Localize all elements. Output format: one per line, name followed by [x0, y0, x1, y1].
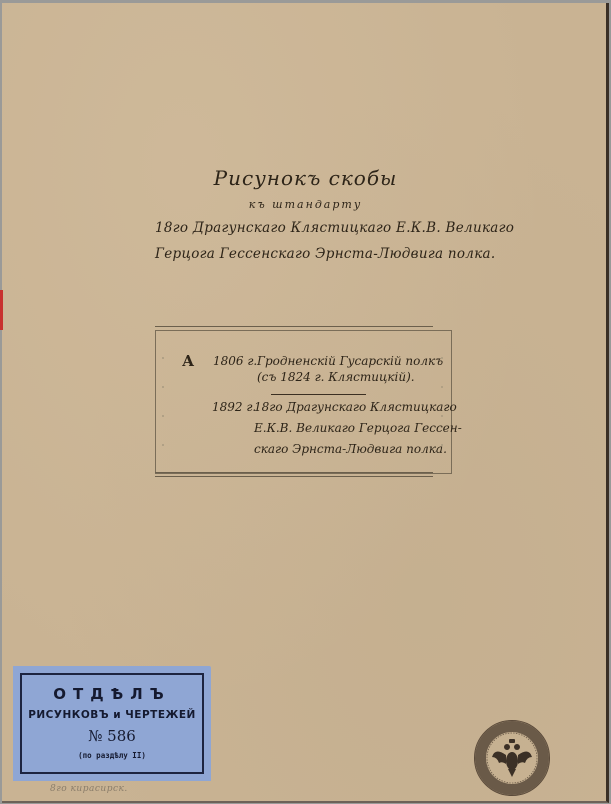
entry2-line2: Е.К.В. Великаго Герцога Гессен- — [254, 421, 462, 435]
handwritten-note: 8го кирасирск. — [50, 784, 128, 794]
frame-bottom-rule — [155, 472, 433, 477]
archive-label-title: ОТДѢЛЪ — [22, 685, 202, 703]
entry1-line2: (съ 1824 г. Клястицкій). — [257, 370, 415, 384]
archive-label-border: ОТДѢЛЪ РИСУНКОВЪ и ЧЕРТЕЖЕЙ № 586 (по ра… — [20, 673, 204, 774]
heading-line-1: 18го Драгунскаго Клястицкаго Е.К.В. Вели… — [155, 220, 514, 236]
double-headed-eagle-icon — [475, 721, 549, 795]
entry2-line1: 18го Драгунскаго Клястицкаго — [254, 400, 457, 414]
entry1-year: 1806 г. — [213, 354, 257, 368]
document-title: Рисунокъ скобы — [0, 166, 611, 190]
archive-label-section: (по раздѣлу II) — [22, 751, 202, 760]
inscription-divider — [271, 394, 366, 395]
entry1-line1: Гродненскій Гусарскій полкъ — [257, 354, 443, 368]
frame-dot — [162, 386, 164, 388]
frame-dot — [441, 415, 443, 417]
archive-label-subtitle: РИСУНКОВЪ и ЧЕРТЕЖЕЙ — [22, 709, 202, 721]
entry2-line3: скаго Эрнста-Людвига полка. — [254, 442, 447, 456]
frame-dot — [162, 444, 164, 446]
monogram-icon: А — [182, 352, 194, 370]
frame-dot — [162, 357, 164, 359]
edge-marker — [0, 290, 3, 330]
archive-label: ОТДѢЛЪ РИСУНКОВЪ и ЧЕРТЕЖЕЙ № 586 (по ра… — [13, 666, 211, 781]
frame-dot — [162, 415, 164, 417]
document-subtitle: къ штандарту — [0, 198, 611, 211]
eagle-stamp-icon — [474, 720, 550, 796]
entry2-year: 1892 г. — [212, 400, 256, 414]
heading-line-2: Герцога Гессенскаго Эрнста-Людвига полка… — [155, 246, 496, 262]
frame-dot — [441, 386, 443, 388]
archive-label-number: № 586 — [22, 727, 202, 745]
